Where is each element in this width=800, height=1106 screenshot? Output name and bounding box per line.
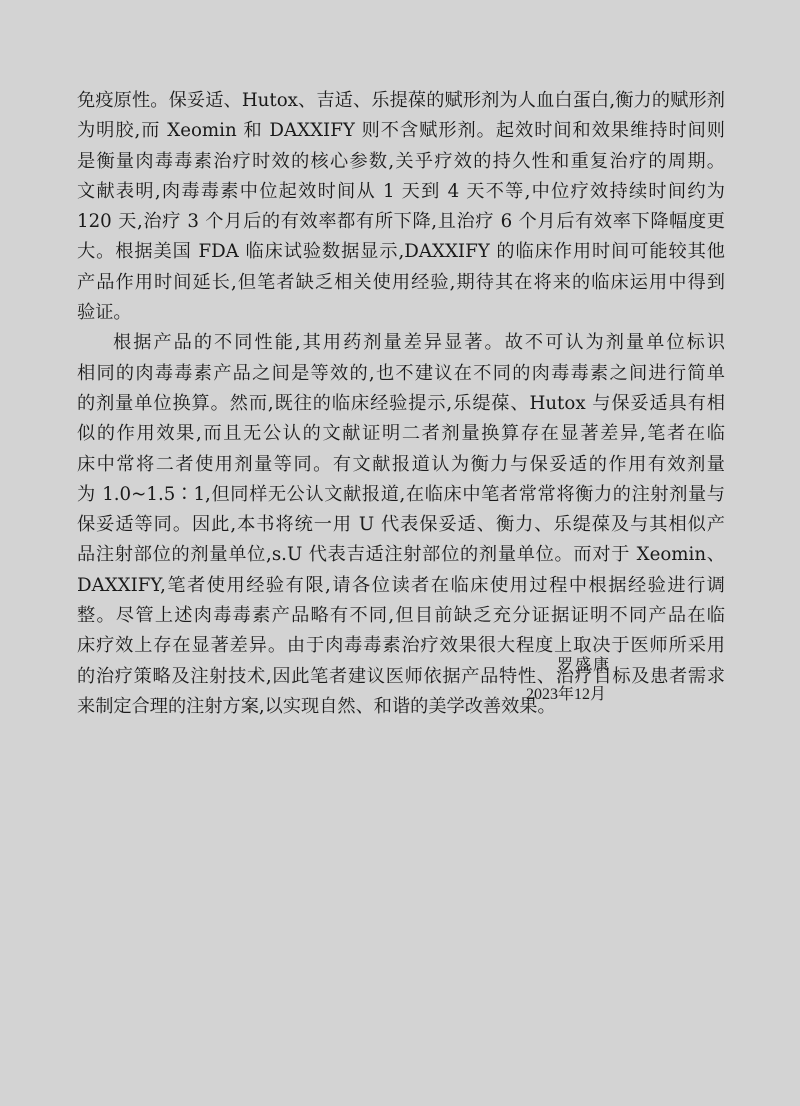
- text-line: 免疫原性。保妥适、Hutox、吉适、乐提葆的赋形剂为人血白蛋白,衡力的赋形剂: [77, 86, 725, 116]
- text-line: 产品作用时间延长,但笔者缺乏相关使用经验,期待其在将来的临床运用中得到: [77, 268, 725, 298]
- text-line: 120 天,治疗 3 个月后的有效率都有所下降,且治疗 6 个月后有效率下降幅度…: [77, 207, 725, 237]
- paragraph-1: 免疫原性。保妥适、Hutox、吉适、乐提葆的赋形剂为人血白蛋白,衡力的赋形剂 为…: [77, 86, 725, 328]
- signature-date: 2023年12月: [526, 681, 606, 704]
- text-line: 整。尽管上述肉毒毒素产品略有不同,但目前缺乏充分证据证明不同产品在临: [77, 601, 725, 631]
- text-line: 床疗效上存在显著差异。由于肉毒毒素治疗效果很大程度上取决于医师所采用: [77, 631, 725, 661]
- text-line: 的剂量单位换算。然而,既往的临床经验提示,乐缇葆、Hutox 与保妥适具有相: [77, 389, 725, 419]
- text-line: 文献表明,肉毒毒素中位起效时间从 1 天到 4 天不等,中位疗效持续时间约为: [77, 177, 725, 207]
- text-line: 的治疗策略及注射技术,因此笔者建议医师依据产品特性、治疗目标及患者需求: [77, 662, 725, 692]
- text-line: 床中常将二者使用剂量等同。有文献报道认为衡力与保妥适的作用有效剂量: [77, 450, 725, 480]
- text-line: 根据产品的不同性能,其用药剂量差异显著。故不可认为剂量单位标识: [77, 328, 725, 358]
- document-body: 免疫原性。保妥适、Hutox、吉适、乐提葆的赋形剂为人血白蛋白,衡力的赋形剂 为…: [77, 86, 725, 722]
- text-line: 为明胶,而 Xeomin 和 DAXXIFY 则不含赋形剂。起效时间和效果维持时…: [77, 116, 725, 146]
- text-line: 品注射部位的剂量单位,s.U 代表吉适注射部位的剂量单位。而对于 Xeomin、: [77, 540, 725, 570]
- text-line: 来制定合理的注射方案,以实现自然、和谐的美学改善效果。: [77, 692, 725, 722]
- text-line: 保妥适等同。因此,本书将统一用 U 代表保妥适、衡力、乐缇葆及与其相似产: [77, 510, 725, 540]
- paragraph-2: 根据产品的不同性能,其用药剂量差异显著。故不可认为剂量单位标识 相同的肉毒毒素产…: [77, 328, 725, 722]
- text-line: 是衡量肉毒毒素治疗时效的核心参数,关乎疗效的持久性和重复治疗的周期。: [77, 147, 725, 177]
- text-line: DAXXIFY,笔者使用经验有限,请各位读者在临床使用过程中根据经验进行调: [77, 571, 725, 601]
- text-line: 相同的肉毒毒素产品之间是等效的,也不建议在不同的肉毒毒素之间进行简单: [77, 359, 725, 389]
- text-line: 验证。: [77, 298, 725, 328]
- text-line: 似的作用效果,而且无公认的文献证明二者剂量换算存在显著差异,笔者在临: [77, 419, 725, 449]
- signature-author: 罗盛康: [557, 652, 611, 675]
- text-line: 为 1.0~1.5∶1,但同样无公认文献报道,在临床中笔者常常将衡力的注射剂量与: [77, 480, 725, 510]
- text-line: 大。根据美国 FDA 临床试验数据显示,DAXXIFY 的临床作用时间可能较其他: [77, 237, 725, 267]
